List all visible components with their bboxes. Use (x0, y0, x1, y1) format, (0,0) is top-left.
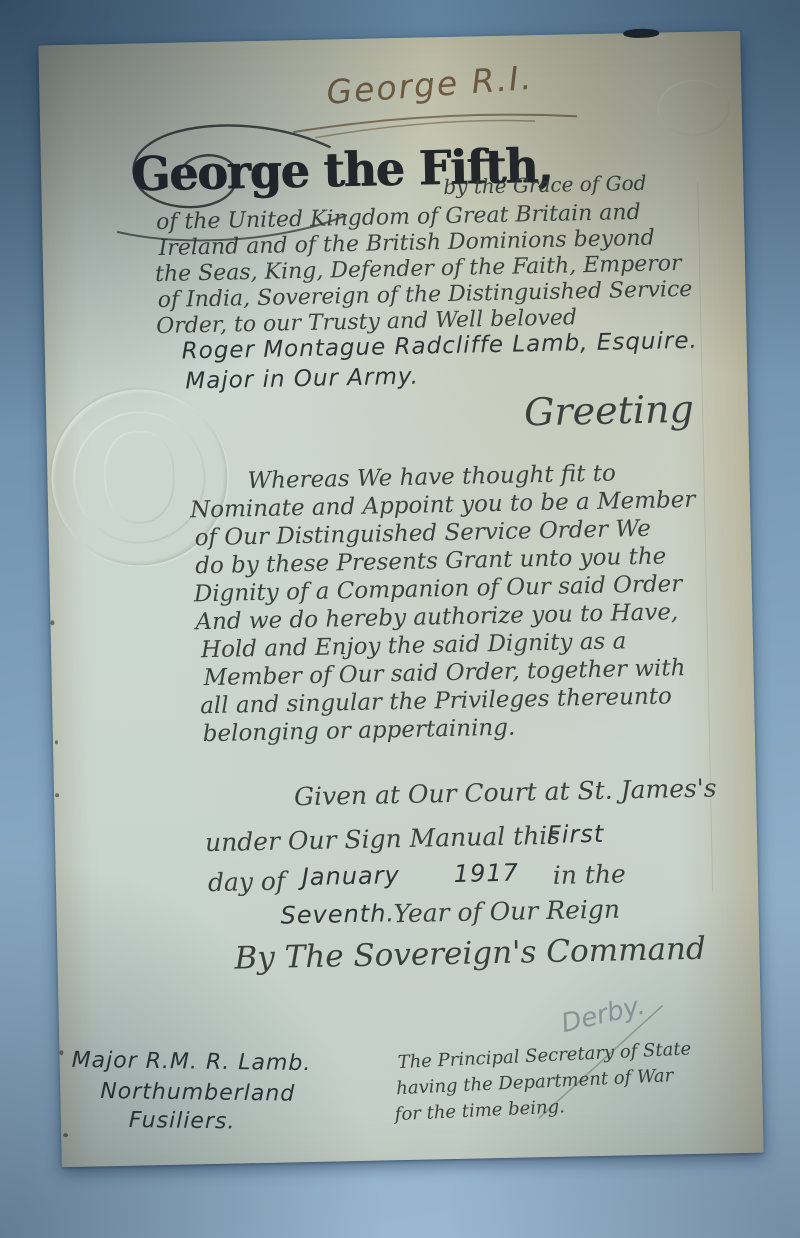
recipient-rank: Major in Our Army. (185, 364, 419, 395)
sovereigns-command-line: By The Sovereign's Command (234, 931, 706, 977)
seal-coat-of-arms (103, 431, 175, 524)
month-written: January (302, 861, 401, 891)
footer-regiment-line2: Fusiliers. (129, 1108, 236, 1134)
heading-script-continuation: by the Grace of God (443, 171, 647, 199)
corner-crease (657, 79, 730, 136)
royal-sign-manual: George R.I. (325, 58, 534, 112)
foxing-spot (50, 620, 54, 625)
footer-regiment-line: Northumberland (100, 1079, 295, 1107)
regnal-year-written: Seventh. (280, 899, 395, 929)
sign-manual-line: under Our Sign Manual this (205, 821, 561, 857)
body-line: belonging or appertaining. (203, 715, 516, 748)
paper-edge-tear (623, 28, 659, 38)
foxing-spot (55, 740, 58, 744)
given-at-line: Given at Our Court at St. James's (294, 773, 717, 811)
photo-background: George R.I. George the Fifth, by the Gra… (0, 0, 800, 1238)
foxing-spot (63, 1133, 68, 1137)
year-written: 1917 (453, 859, 519, 888)
foxing-spot (59, 1050, 63, 1055)
certificate-paper: George R.I. George the Fifth, by the Gra… (38, 31, 763, 1167)
day-written: First (547, 820, 605, 849)
day-of-label: day of (208, 866, 286, 897)
greeting-word: Greeting (524, 387, 695, 435)
foxing-spot (55, 793, 59, 797)
reign-label: Year of Our Reign (393, 894, 620, 928)
in-the-label: in the (553, 859, 627, 890)
footer-recipient-line: Major R.M. R. Lamb. (71, 1048, 311, 1076)
